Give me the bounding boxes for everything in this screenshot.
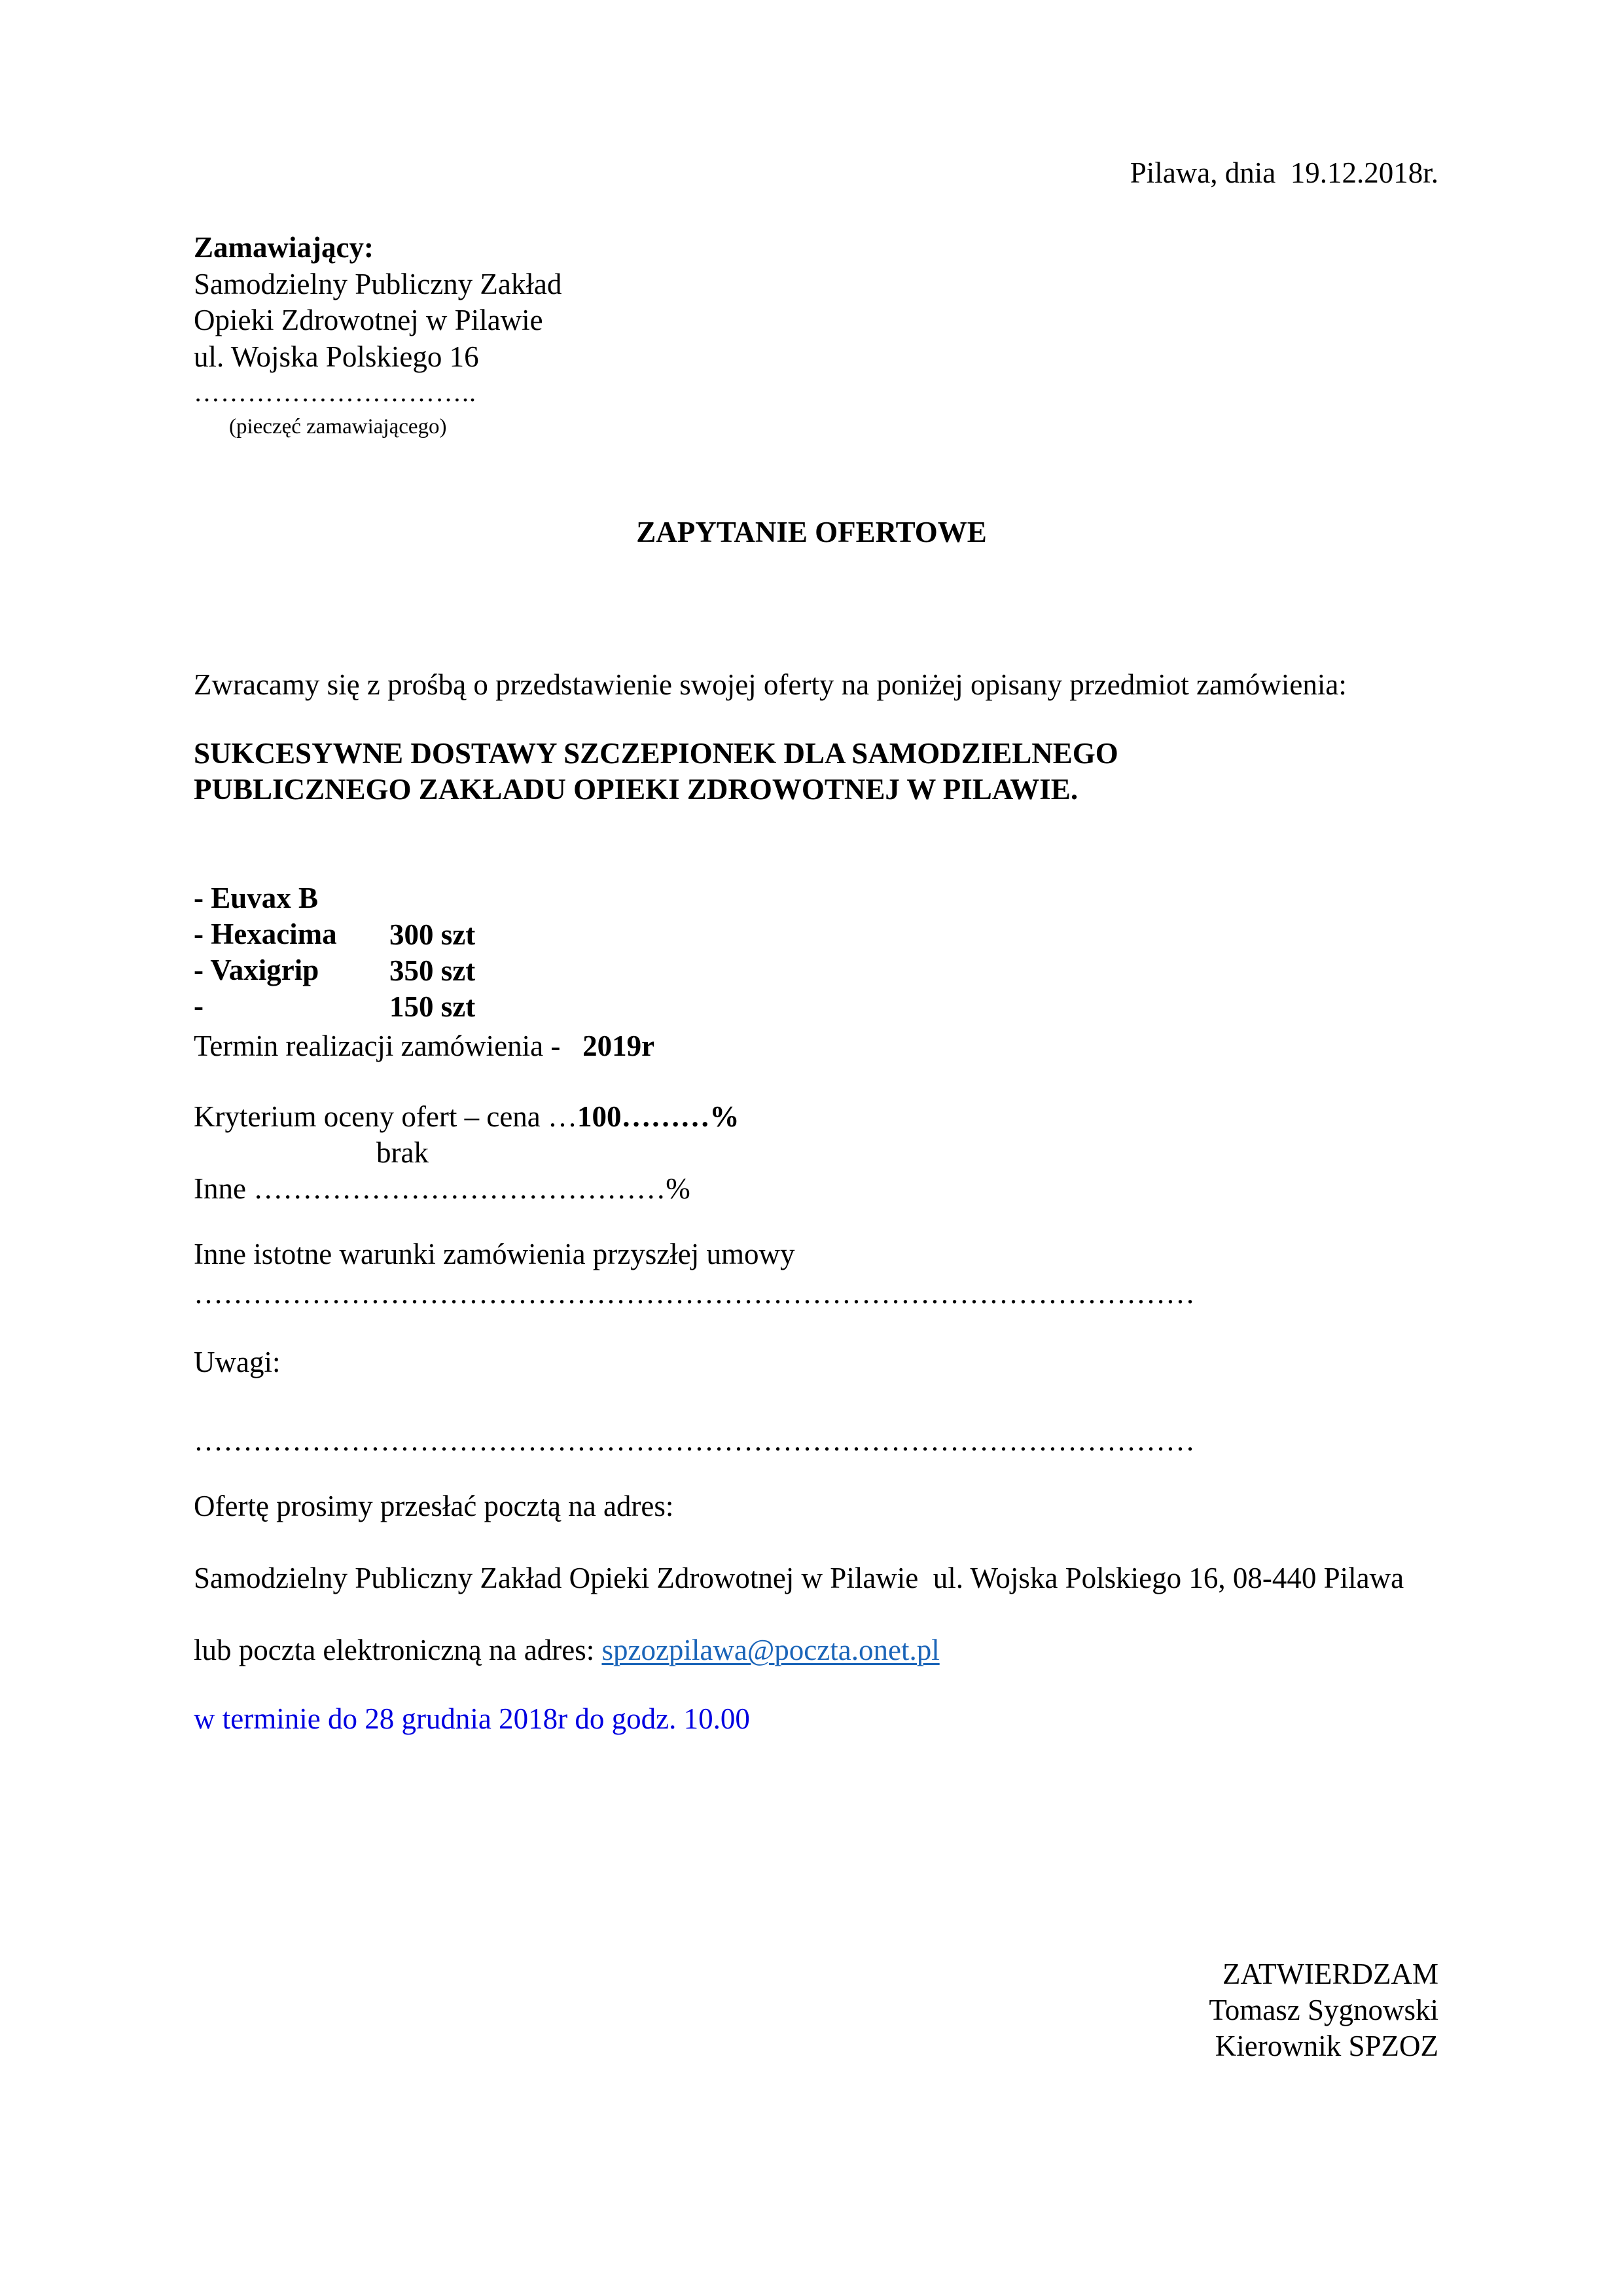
ordering-party-label: Zamawiający: [194,229,374,266]
subject-line-2: PUBLICZNEGO ZAKŁADU OPIEKI ZDROWOTNEJ W … [194,771,1078,808]
conditions-dots: ………………………………………………………………………………………… [194,1275,1195,1312]
submission-deadline: w terminie do 28 grudnia 2018r do godz. … [194,1700,750,1737]
criteria-price-value: 100………% [577,1100,740,1133]
submission-address: Samodzielny Publiczny Zakład Opieki Zdro… [194,1560,1404,1596]
deadline-label: Termin realizacji zamówienia - [194,1030,582,1062]
email-link[interactable]: spzozpilawa@poczta.onet.pl [601,1634,939,1666]
criteria-other-line: Inne ……………………………………% [194,1170,690,1207]
stamp-dots: ………………………….. [194,374,476,411]
intro-text: Zwracamy się z prośbą o przedstawienie s… [194,666,1347,703]
deadline-value: 2019r [582,1030,654,1062]
criteria-price-label: Kryterium oceny ofert – cena … [194,1100,577,1133]
criteria-other-note: brak [376,1134,429,1171]
stamp-caption: (pieczęć zamawiającego) [229,414,447,440]
subject-line-1: SUKCESYWNE DOSTAWY SZCZEPIONEK DLA SAMOD… [194,735,1118,772]
item-name: - [194,988,204,1024]
remarks-label: Uwagi: [194,1344,280,1380]
email-prefix: lub poczta elektroniczną na adres: [194,1634,601,1666]
criteria-price-row: Kryterium oceny ofert – cena …100………% [194,1098,740,1135]
remarks-dots: ………………………………………………………………………………………… [194,1422,1195,1459]
submission-email-row: lub poczta elektroniczną na adres: spzoz… [194,1632,940,1668]
list-item: - [194,951,717,1098]
submission-label: Ofertę prosimy przesłać pocztą na adres: [194,1488,673,1524]
signature-position: Kierownik SPZOZ [1215,2028,1438,2064]
page-title: ZAPYTANIE OFERTOWE [0,514,1623,550]
ordering-party-line: Opieki Zdrowotnej w Pilawie [194,302,543,338]
deadline-row: Termin realizacji zamówienia - 2019r [194,1028,654,1064]
conditions-label: Inne istotne warunki zamówienia przyszłe… [194,1236,794,1272]
signature-name: Tomasz Sygnowski [1209,1992,1438,2028]
ordering-party-line: Samodzielny Publiczny Zakład [194,266,562,302]
ordering-party-address: ul. Wojska Polskiego 16 [194,338,479,375]
place-date: Pilawa, dnia 19.12.2018r. [1130,154,1438,191]
signature-approval: ZATWIERDZAM [1222,1956,1438,1992]
